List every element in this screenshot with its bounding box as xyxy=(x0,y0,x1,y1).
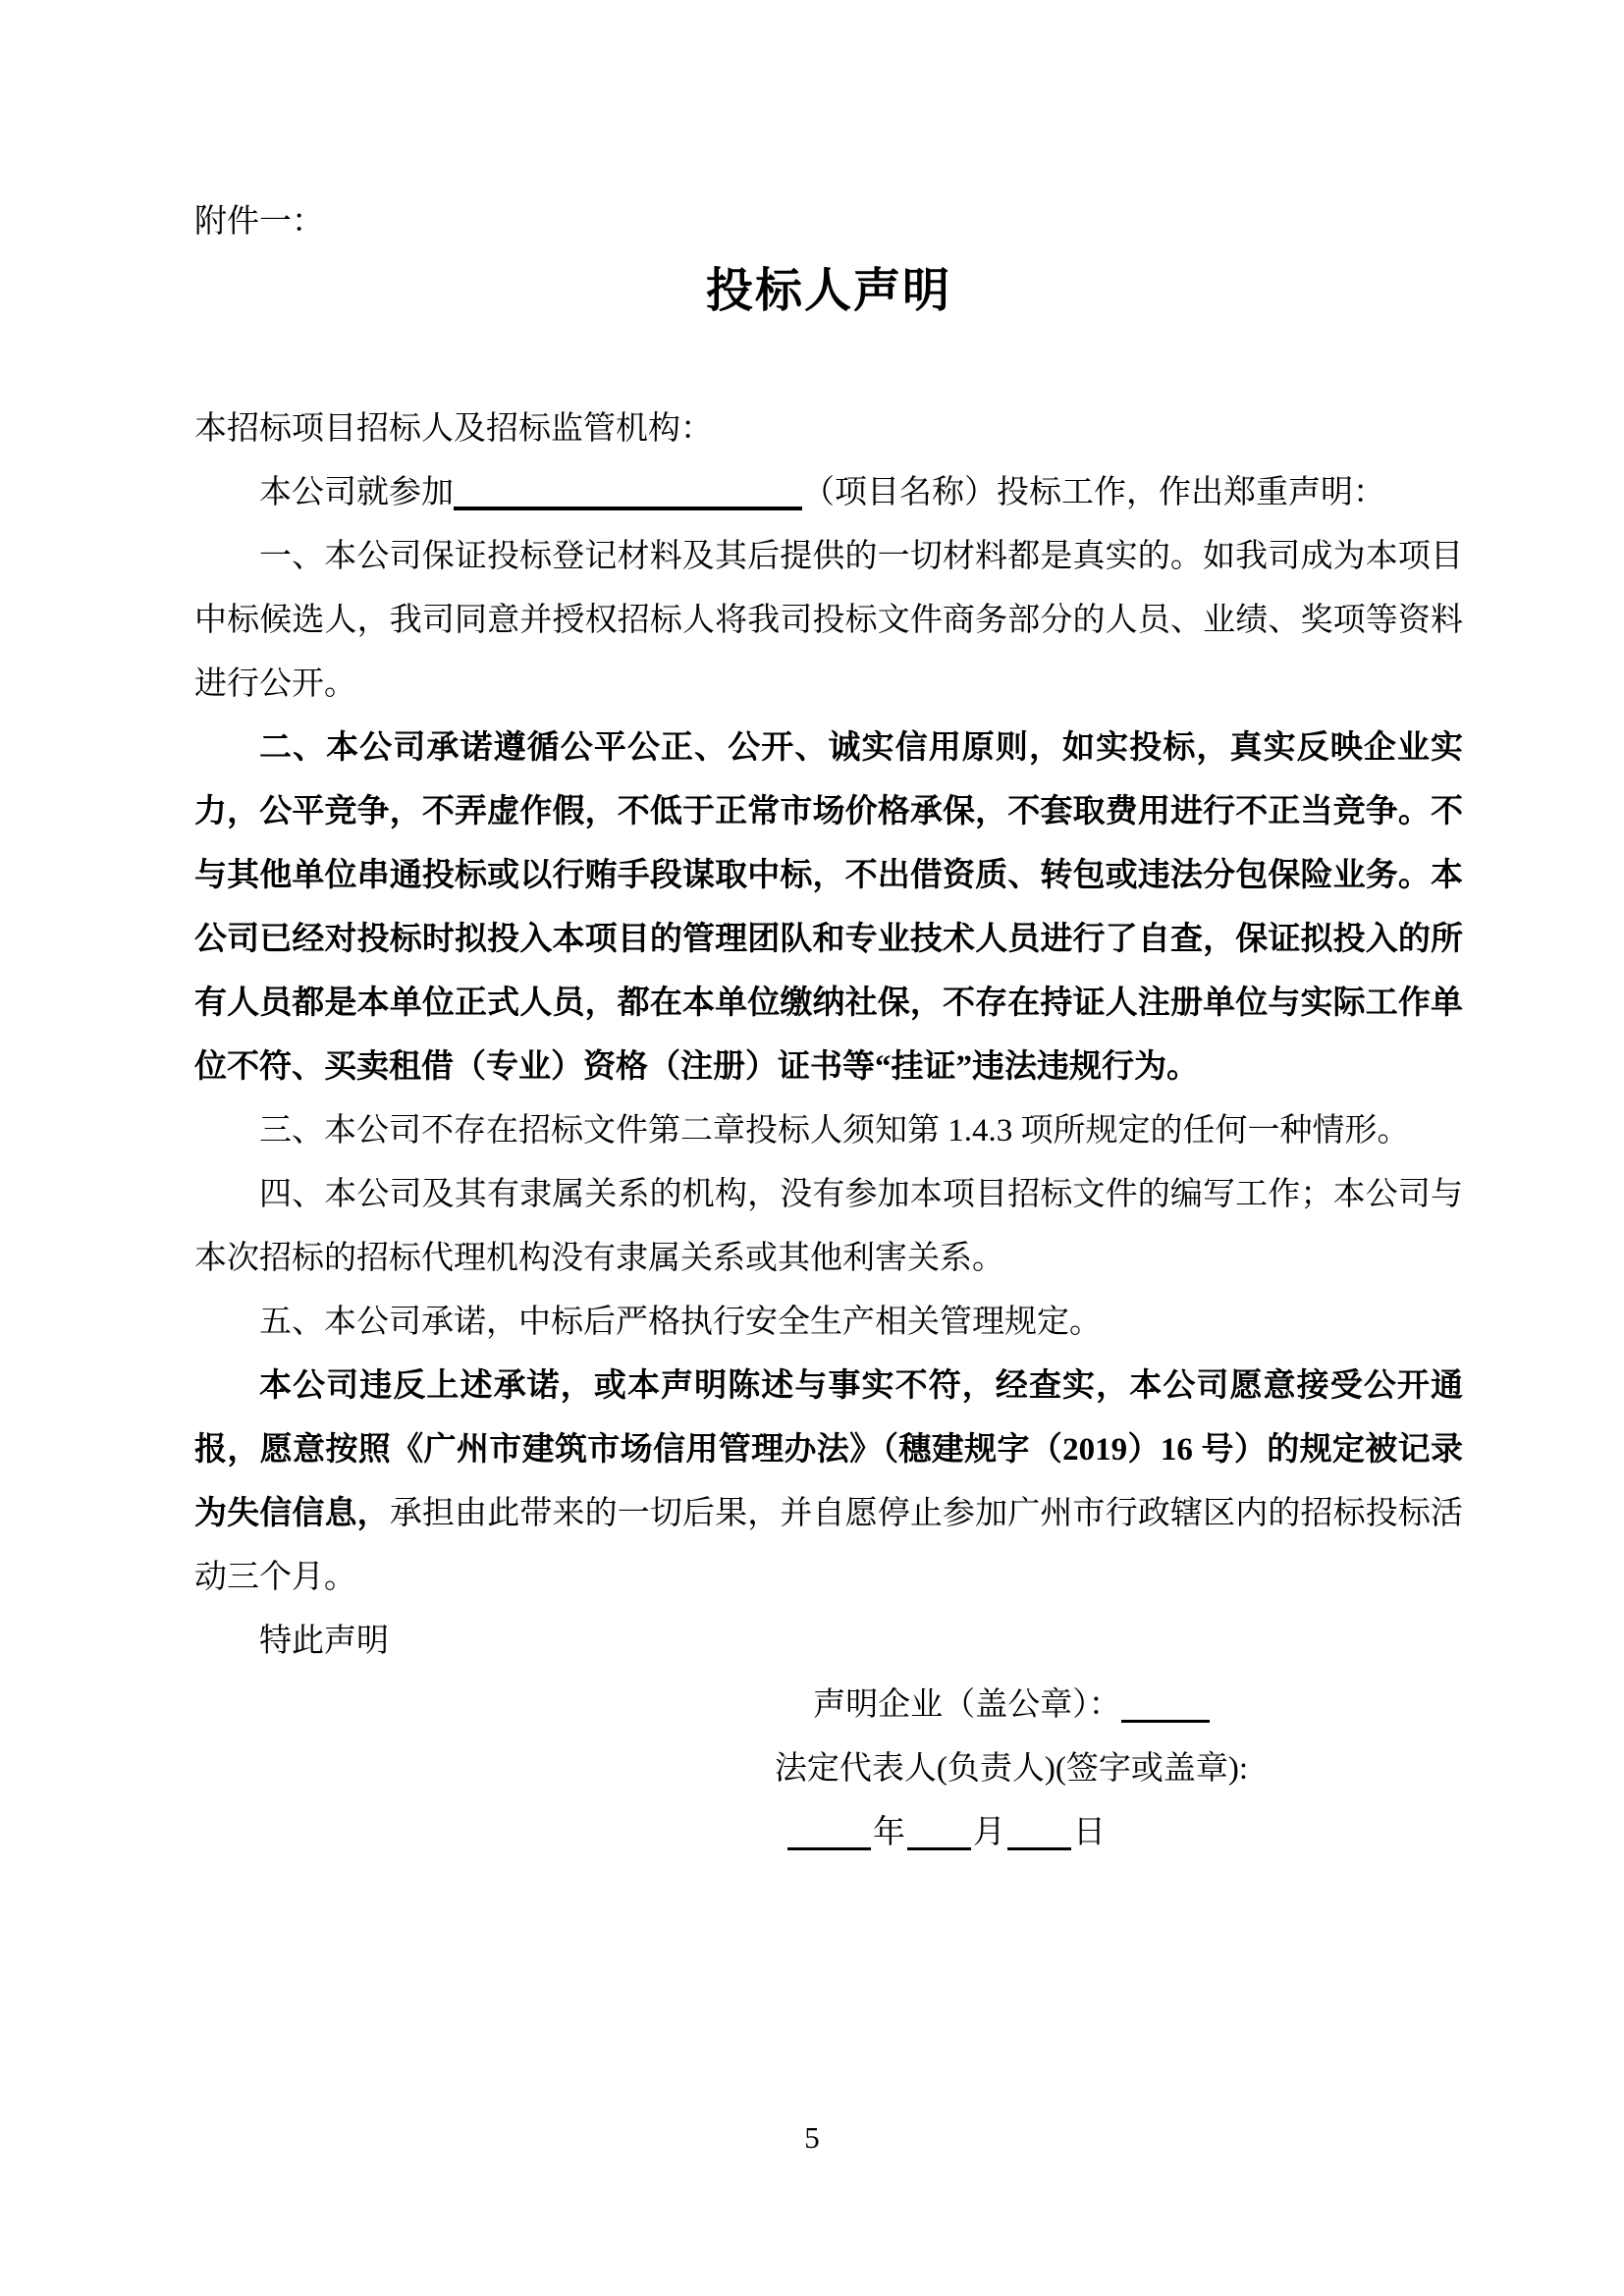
signature-block: 声明企业（盖公章）： 法定代表人(负责人)(签字或盖章): 年月日 xyxy=(511,1674,1512,1865)
company-seal-label: 声明企业（盖公章）： xyxy=(813,1687,1121,1723)
project-name-blank xyxy=(454,507,802,510)
year-blank xyxy=(787,1847,871,1850)
document-title: 投标人声明 xyxy=(194,264,1463,319)
declaration-line: 特此声明 xyxy=(194,1610,1463,1674)
page-number: 5 xyxy=(0,2118,1624,2158)
clause-five: 五、本公司承诺，中标后严格执行安全生产相关管理规定。 xyxy=(194,1291,1463,1355)
clause-two: 二、本公司承诺遵循公平公正、公开、诚实信用原则，如实投标，真实反映企业实力，公平… xyxy=(194,717,1463,1099)
month-blank xyxy=(907,1847,971,1850)
attachment-label: 附件一： xyxy=(194,201,1463,242)
document-page: 附件一： 投标人声明 本招标项目招标人及招标监管机构： 本公司就参加（项目名称）… xyxy=(0,0,1624,2296)
clause-four: 四、本公司及其有隶属关系的机构，没有参加本项目招标文件的编写工作；本公司与本次招… xyxy=(194,1163,1463,1291)
year-label: 年 xyxy=(871,1815,907,1850)
day-blank xyxy=(1007,1847,1071,1850)
legal-representative-line: 法定代表人(负责人)(签字或盖章): xyxy=(511,1737,1512,1801)
clause-one: 一、本公司保证投标登记材料及其后提供的一切材料都是真实的。如我司成为本项目中标候… xyxy=(194,525,1463,717)
day-label: 日 xyxy=(1071,1815,1108,1850)
month-label: 月 xyxy=(971,1815,1007,1850)
project-line-prefix: 本公司就参加 xyxy=(259,475,454,510)
project-line-suffix: （项目名称）投标工作，作出郑重声明： xyxy=(802,475,1385,510)
violation-clause: 本公司违反上述承诺，或本声明陈述与事实不符，经查实，本公司愿意接受公开通报，愿意… xyxy=(194,1355,1463,1610)
document-body: 本招标项目招标人及招标监管机构： 本公司就参加（项目名称）投标工作，作出郑重声明… xyxy=(194,398,1463,1865)
clause-three: 三、本公司不存在招标文件第二章投标人须知第 1.4.3 项所规定的任何一种情形。 xyxy=(194,1099,1463,1163)
company-seal-line: 声明企业（盖公章）： xyxy=(511,1674,1512,1737)
company-seal-blank xyxy=(1121,1720,1210,1723)
project-line: 本公司就参加（项目名称）投标工作，作出郑重声明： xyxy=(194,461,1463,525)
supervisor-line: 本招标项目招标人及招标监管机构： xyxy=(194,398,1463,461)
date-line: 年月日 xyxy=(511,1801,1512,1865)
